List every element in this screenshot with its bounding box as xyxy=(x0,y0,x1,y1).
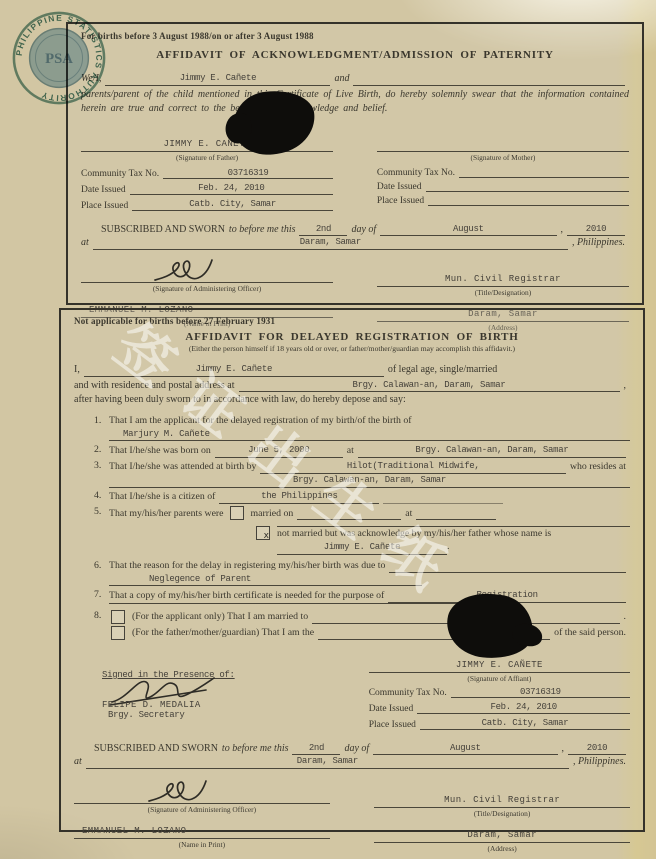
item-3-attendant-field: Hilot(Traditional Midwife, xyxy=(260,460,566,474)
item-3: 3. That I/he/she was attended at birth b… xyxy=(94,460,630,487)
registrar-address-line: Daram, Samar xyxy=(374,824,630,843)
paternity-title: AFFIDAVIT OF ACKNOWLEDGMENT/ADMISSION OF… xyxy=(81,49,629,61)
item-1: 1. That I am the applicant for the delay… xyxy=(94,415,630,441)
at-label: at xyxy=(74,756,82,769)
delayed-subtitle: (Either the person himself if 18 years o… xyxy=(74,344,630,353)
applicant-married-checkbox[interactable] xyxy=(111,610,125,624)
place-issued-label: Place Issued xyxy=(81,201,128,211)
comma-end: , xyxy=(624,380,627,393)
ctc-label: Community Tax No. xyxy=(369,688,447,698)
legal-age-text: of legal age, single/married xyxy=(388,364,497,377)
delayed-applicability-note: Not applicable for births before 27 Febr… xyxy=(74,316,630,326)
witness-name: FELIPE D. MEDALIA xyxy=(102,700,308,711)
items-list: 1. That I am the applicant for the delay… xyxy=(94,415,630,640)
signature-of-affiant-label: (Signature of Affiant) xyxy=(369,674,630,683)
affidavit-paternity-section: For births before 3 August 1988/on or af… xyxy=(66,22,644,305)
births-applicability-note: For births before 3 August 1988/on or af… xyxy=(81,31,629,41)
signature-of-father-label: (Signature of Father) xyxy=(81,153,333,162)
period: . xyxy=(447,541,449,552)
sworn-line-2: at Daram, Samar , Philippines. xyxy=(81,236,629,250)
residence-text: and with residence and postal address at xyxy=(74,380,235,393)
father-ctc-date-field: Feb. 24, 2010 xyxy=(130,183,333,195)
presence-label: Signed in the Presence of: xyxy=(102,670,308,680)
item-4-value-field: the Philippines xyxy=(219,490,379,504)
item-6-value-field: Neglegence of Parent xyxy=(109,573,422,587)
sworn-day-field: 2nd xyxy=(299,223,347,237)
delayed-title: AFFIDAVIT FOR DELAYED REGISTRATION OF BI… xyxy=(74,331,630,343)
psa-seal-stamp: PHILIPPINE STATISTICS AUTHORITY PSA xyxy=(10,7,108,109)
married-checkbox[interactable] xyxy=(230,506,244,520)
mother-ctc-place-field xyxy=(428,205,629,206)
item-8: 8. (For the applicant only) That I am ma… xyxy=(94,610,630,640)
item-2-date-field: June 5, 2000 xyxy=(215,444,343,458)
paternity-oath-text: parents/parent of the child mentioned in… xyxy=(81,88,629,117)
we-line: We/I, Jimmy E. Cañete and xyxy=(81,72,629,86)
item-5-married-label: married on xyxy=(251,508,294,521)
philippines-label: , Philippines. xyxy=(573,756,626,769)
affiant-address-field: Brgy. Calawan-an, Daram, Samar xyxy=(239,379,620,393)
philippines-label: , Philippines. xyxy=(572,237,625,250)
item-7-text: That a copy of my/his/her birth certific… xyxy=(109,590,384,603)
sworn-month-field: August xyxy=(373,742,557,756)
seal-center-text: PSA xyxy=(45,51,73,67)
father-ctc-no-field: 03716319 xyxy=(163,168,333,180)
officer-signature-icon xyxy=(152,256,216,286)
affiant-ctc-no-field: 03716319 xyxy=(451,687,630,699)
item-5b-text: not married but was acknowledge by my/hi… xyxy=(277,528,551,539)
date-issued-label: Date Issued xyxy=(377,182,422,192)
officer-signature-line xyxy=(74,781,330,804)
item-6-line1 xyxy=(389,572,626,573)
item-5: 5. That my/his/her parents were married … xyxy=(94,506,630,520)
item-4: 4. That I/he/she is a citizen of the Phi… xyxy=(94,490,630,504)
item-7-extra-line xyxy=(109,603,484,604)
item-2: 2. That I/he/she was born on June 5, 200… xyxy=(94,444,630,458)
sworn-year-field: 2010 xyxy=(567,223,625,237)
item-1-value-field: Marjury M. Cañete xyxy=(109,428,630,442)
signature-of-mother-label: (Signature of Mother) xyxy=(377,153,629,162)
sworn-year-field: 2010 xyxy=(568,742,626,756)
x-mark-icon: x xyxy=(264,531,269,543)
sworn-place-field: Daram, Samar xyxy=(86,755,569,769)
mother-ctc-no-field xyxy=(459,177,629,178)
scanned-document-page: For births before 3 August 1988/on or af… xyxy=(0,0,656,859)
mother-signature-block: (Signature of Mother) xyxy=(377,133,629,162)
officer-name-line: EMMANUEL M. LOZANO xyxy=(74,820,330,839)
before-me-label: to before me this xyxy=(229,224,296,237)
item-5b: x not married but was acknowledge by my/… xyxy=(254,526,630,554)
affidavit-delayed-section: Not applicable for births before 27 Febr… xyxy=(59,308,645,832)
subscribed-label: SUBSCRIBED AND SWORN xyxy=(101,224,225,237)
comma: , xyxy=(562,743,565,756)
father-ctc-block: Community Tax No.03716319 Date IssuedFeb… xyxy=(81,164,333,211)
ctc-label: Community Tax No. xyxy=(81,169,159,179)
item-6: 6. That the reason for the delay in regi… xyxy=(94,560,630,586)
item-3-address-field: Brgy. Calawan-an, Daram, Samar xyxy=(109,474,630,488)
acknowledging-father-field: Jimmy E. Cañete xyxy=(277,541,447,555)
sworn-month-field: August xyxy=(380,223,556,237)
sworn-line-1: SUBSCRIBED AND SWORN to before me this 2… xyxy=(74,742,630,756)
day-of-label: day of xyxy=(351,224,376,237)
not-married-checkbox[interactable]: x xyxy=(256,526,270,540)
mother-ctc-block: Community Tax No. Date Issued Place Issu… xyxy=(377,164,629,211)
item-2-text: That I/he/she was born on xyxy=(109,445,211,458)
sworn-line-1: SUBSCRIBED AND SWORN to before me this 2… xyxy=(81,223,629,237)
sworn-place-field: Daram, Samar xyxy=(93,236,568,250)
witness-block: Signed in the Presence of: FELIPE D. MED… xyxy=(74,654,308,730)
item-3-text: That I/he/she was attended at birth by xyxy=(109,461,256,474)
title-designation-label: (Title/Designation) xyxy=(377,288,629,297)
before-me-label: to before me this xyxy=(222,743,289,756)
item-8a-text: (For the applicant only) That I am marri… xyxy=(132,611,308,624)
mother-name-field xyxy=(353,85,625,86)
and-label: and xyxy=(334,73,349,86)
date-issued-label: Date Issued xyxy=(369,704,414,714)
item-5-text: That my/his/her parents were xyxy=(109,508,224,521)
title-designation-label: (Title/Designation) xyxy=(374,809,630,818)
administering-officer-block: (Signature of Administering Officer) EMM… xyxy=(74,781,330,853)
affiant-name-field: Jimmy E. Cañete xyxy=(84,363,384,377)
address-label: (Address) xyxy=(374,844,630,853)
officer-signature-icon xyxy=(146,777,210,807)
period: . xyxy=(624,611,626,624)
married-on-field xyxy=(297,519,401,520)
item-6-text: That the reason for the delay in registe… xyxy=(109,560,385,573)
officer-signature-line xyxy=(81,260,333,283)
ctc-label: Community Tax No. xyxy=(377,168,455,178)
witness-title: Brgy. Secretary xyxy=(108,710,308,721)
item-2-place-field: Brgy. Calawan-an, Daram, Samar xyxy=(358,444,626,458)
item-8b-text: (For the father/mother/guardian) That I … xyxy=(132,627,314,640)
i-label: I, xyxy=(74,364,80,377)
father-name-field: Jimmy E. Cañete xyxy=(105,72,330,86)
name-in-print-label: (Name in Print) xyxy=(74,840,330,849)
sworn-line-2: at Daram, Samar , Philippines. xyxy=(74,755,630,769)
affiant-ctc-place-field: Catb. City, Samar xyxy=(420,718,630,730)
item-7: 7. That a copy of my/his/her birth certi… xyxy=(94,589,630,604)
at-label: at xyxy=(81,237,89,250)
registrar-title-line: Mun. Civil Registrar xyxy=(377,268,629,287)
place-issued-label: Place Issued xyxy=(377,196,424,206)
item-2-at: at xyxy=(347,445,354,458)
father-ctc-place-field: Catb. City, Samar xyxy=(132,199,333,211)
affiant-block: JIMMY E. CAÑETE (Signature of Affiant) C… xyxy=(369,654,630,730)
item-3-post: who resides at xyxy=(570,461,626,474)
day-of-label: day of xyxy=(344,743,369,756)
guardian-relation-checkbox[interactable] xyxy=(111,626,125,640)
registrar-title-block: Mun. Civil Registrar (Title/Designation)… xyxy=(374,781,630,853)
depose-text: after having been duly sworn to in accor… xyxy=(74,394,630,405)
place-issued-label: Place Issued xyxy=(369,720,416,730)
registrar-title-line: Mun. Civil Registrar xyxy=(374,789,630,808)
mother-ctc-date-field xyxy=(426,191,629,192)
comma: , xyxy=(561,224,564,237)
mother-signature-line xyxy=(377,133,629,152)
item-1-text: That I am the applicant for the delayed … xyxy=(109,415,412,426)
item-8b-end: of the said person. xyxy=(554,627,626,640)
sworn-day-field: 2nd xyxy=(292,742,340,756)
item-5-at: at xyxy=(405,508,412,521)
item-4-extra-line xyxy=(383,503,503,504)
subscribed-label: SUBSCRIBED AND SWORN xyxy=(94,743,218,756)
affiant-ctc-date-field: Feb. 24, 2010 xyxy=(417,702,630,714)
item-4-text: That I/he/she is a citizen of xyxy=(109,491,215,504)
married-at-field xyxy=(416,519,496,520)
date-issued-label: Date Issued xyxy=(81,185,126,195)
